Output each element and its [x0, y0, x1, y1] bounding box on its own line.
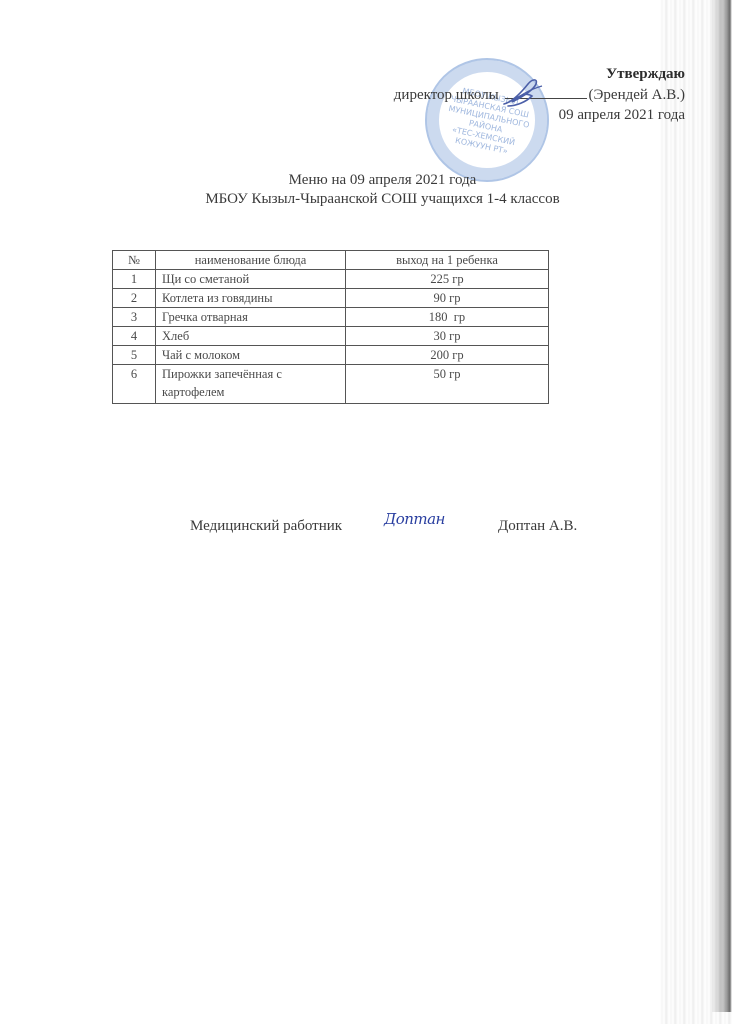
menu-table: № наименование блюда выход на 1 ребенка …	[112, 250, 549, 404]
table-row: 2 Котлета из говядины 90 гр	[113, 289, 549, 308]
row-dish: Гречка отварная	[156, 308, 346, 327]
header-portion: выход на 1 ребенка	[346, 251, 549, 270]
header-number: №	[113, 251, 156, 270]
row-dish: Котлета из говядины	[156, 289, 346, 308]
menu-title: Меню на 09 апреля 2021 года	[10, 170, 745, 190]
table-row: 1 Щи со сметаной 225 гр	[113, 270, 549, 289]
row-portion: 50 гр	[346, 365, 549, 404]
row-dish: Хлеб	[156, 327, 346, 346]
row-dish: Пирожки запечённая с картофелем	[156, 365, 346, 404]
table-row: 5 Чай с молоком 200 гр	[113, 346, 549, 365]
row-portion: 200 гр	[346, 346, 549, 365]
table-header-row: № наименование блюда выход на 1 ребенка	[113, 251, 549, 270]
medical-signature: Доптан	[384, 510, 445, 528]
row-portion: 180 гр	[346, 308, 549, 327]
header-dish: наименование блюда	[156, 251, 346, 270]
row-number: 3	[113, 308, 156, 327]
row-portion: 90 гр	[346, 289, 549, 308]
medical-worker-name: Доптан А.В.	[498, 518, 577, 535]
director-position: директор школы	[394, 87, 499, 103]
row-portion: 30 гр	[346, 327, 549, 346]
row-number: 1	[113, 270, 156, 289]
row-portion: 225 гр	[346, 270, 549, 289]
row-number: 6	[113, 365, 156, 404]
row-number: 5	[113, 346, 156, 365]
director-name: (Эрендей А.В.)	[589, 87, 685, 103]
table-row: 3 Гречка отварная 180 гр	[113, 308, 549, 327]
row-dish: Щи со сметаной	[156, 270, 346, 289]
menu-subtitle: МБОУ Кызыл-Чыраанской СОШ учащихся 1-4 к…	[10, 189, 745, 209]
director-signature-icon	[498, 76, 546, 110]
row-number: 2	[113, 289, 156, 308]
row-dish: Чай с молоком	[156, 346, 346, 365]
row-number: 4	[113, 327, 156, 346]
table-row: 4 Хлеб 30 гр	[113, 327, 549, 346]
medical-worker-label: Медицинский работник	[190, 518, 342, 535]
scan-edge-margin	[732, 0, 745, 1024]
table-row: 6 Пирожки запечённая с картофелем 50 гр	[113, 365, 549, 404]
